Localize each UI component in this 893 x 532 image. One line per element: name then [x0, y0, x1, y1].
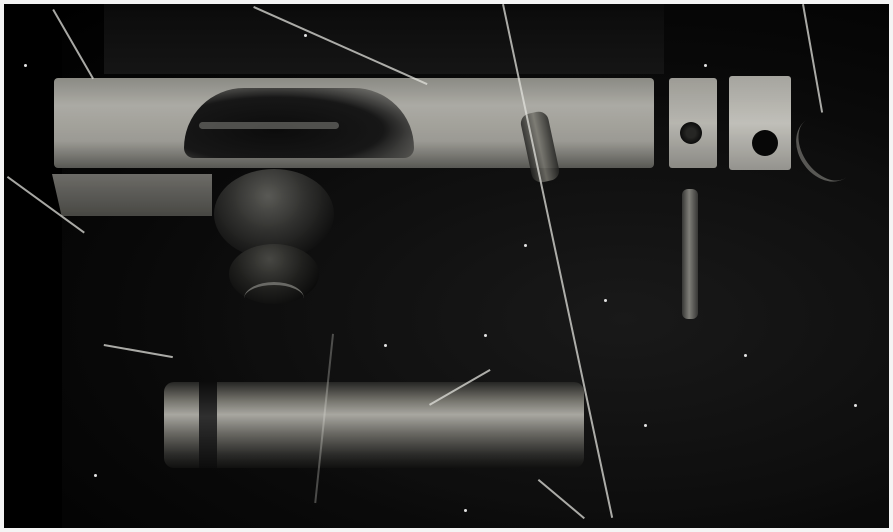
dust-speck — [854, 404, 857, 407]
dust-speck — [744, 354, 747, 357]
dust-speck — [464, 509, 467, 512]
photograph: Grainy, heavily scratched black-and-whit… — [4, 4, 889, 528]
scratch — [104, 344, 173, 358]
mounting-arm — [52, 174, 212, 216]
dust-speck — [94, 474, 97, 477]
plate-slot — [199, 122, 339, 129]
dust-speck — [644, 424, 647, 427]
dust-speck — [304, 34, 307, 37]
cylindrical-rod — [164, 382, 584, 468]
scratch — [538, 479, 585, 519]
clamp-hole-left — [680, 122, 702, 144]
dust-speck — [524, 244, 527, 247]
clamp-hole-right — [752, 130, 778, 156]
rod-groove — [199, 382, 217, 468]
clamp-block-right — [729, 76, 791, 170]
dust-speck — [704, 64, 707, 67]
scratch — [803, 4, 824, 113]
dust-speck — [384, 344, 387, 347]
dust-speck — [604, 299, 607, 302]
vertical-bolt — [682, 189, 698, 319]
dust-speck — [484, 334, 487, 337]
knob-ring — [244, 282, 304, 315]
dust-speck — [24, 64, 27, 67]
disc-edge — [784, 105, 868, 193]
